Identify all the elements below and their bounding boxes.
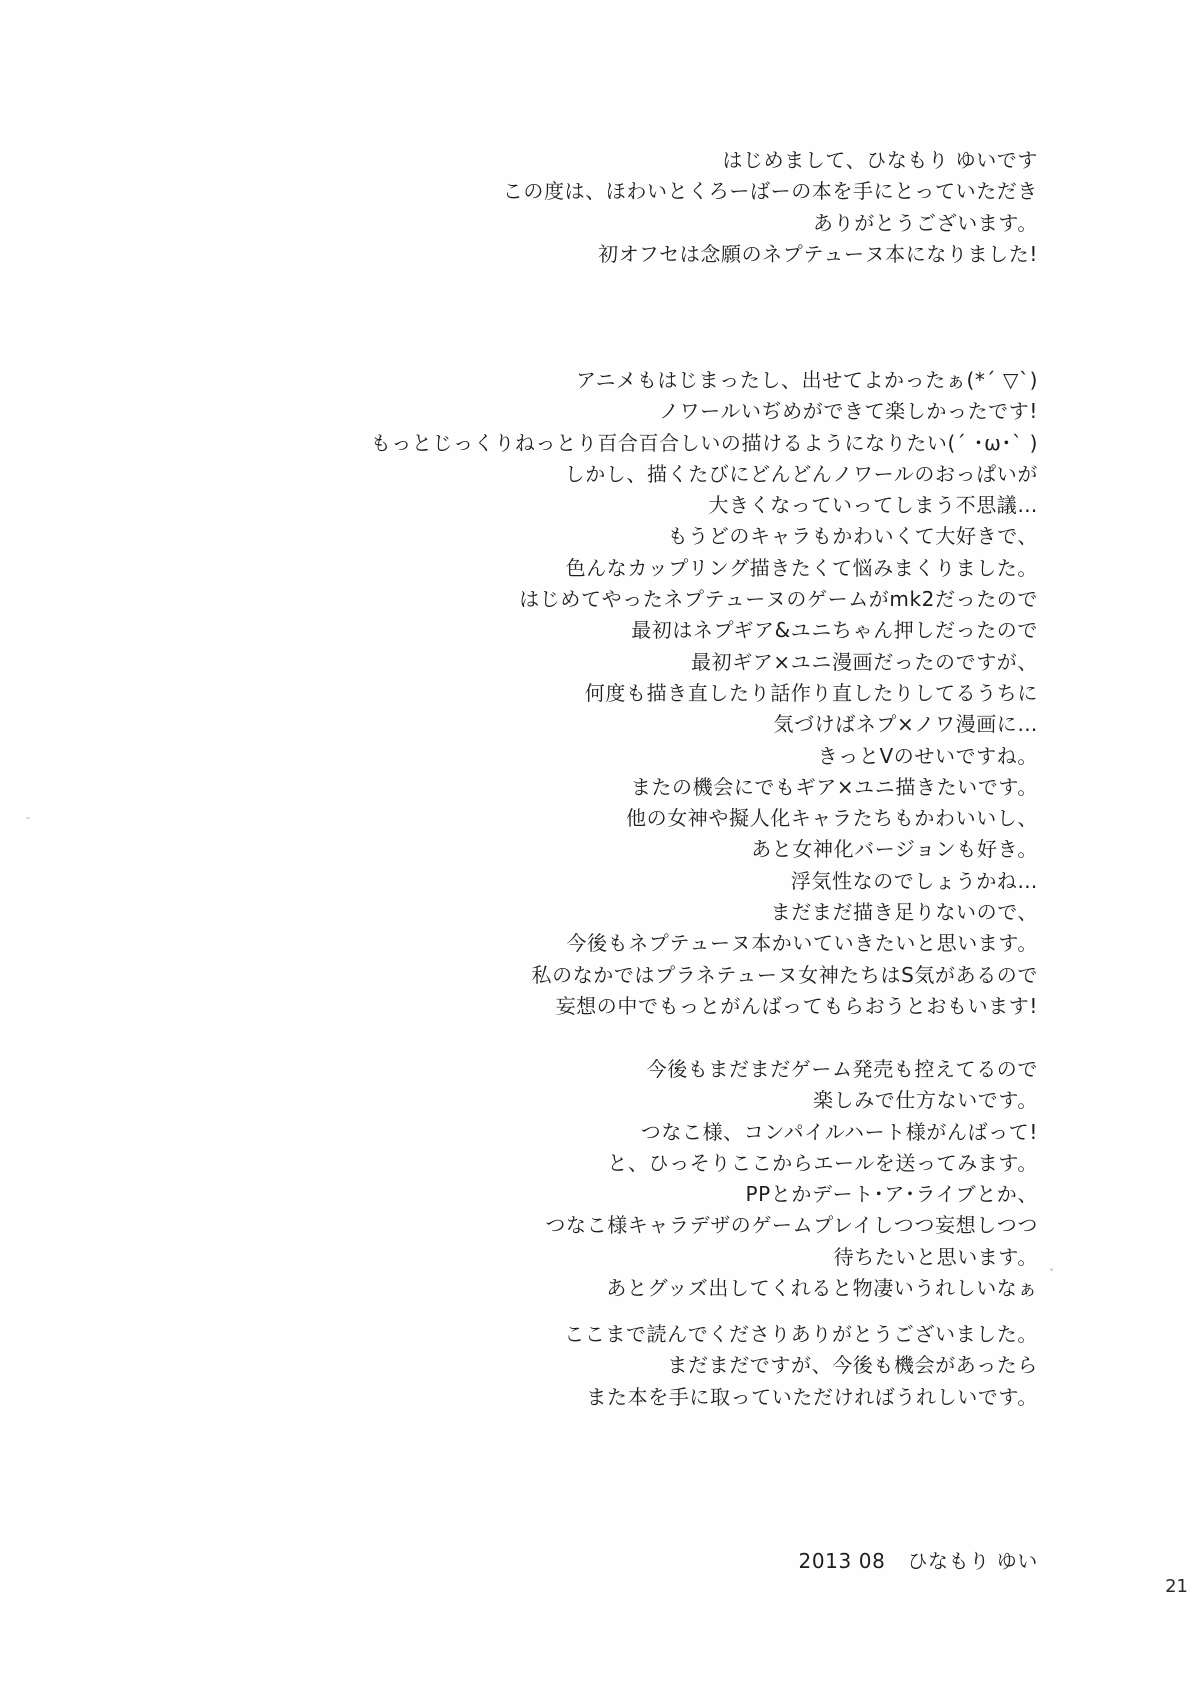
text-line: もうどのキャラもかわいくて大好きで、 [371, 521, 1038, 552]
text-line: まだまだですが、今後も機会があったら [564, 1350, 1038, 1381]
text-line: 今後もまだまだゲーム発売も控えてるので [545, 1054, 1038, 1085]
text-line: 色んなカップリング描きたくて悩みまくりました。 [371, 553, 1038, 584]
text-line: 私のなかではプラネテューヌ女神たちはS気があるので [371, 960, 1038, 991]
text-line: またの機会にでもギア×ユニ描きたいです。 [371, 772, 1038, 803]
text-line: この度は、ほわいとくろーばーの本を手にとっていただき [503, 176, 1038, 207]
text-line: あと女神化バージョンも好き。 [371, 834, 1038, 865]
text-line: ここまで読んでくださりありがとうございました。 [564, 1319, 1038, 1350]
text-line: 最初はネプギア&ユニちゃん押しだったので [371, 615, 1038, 646]
signature-author: ひなもり ゆい [907, 1549, 1038, 1573]
text-line: 何度も描き直したり話作り直したりしてるうちに [371, 678, 1038, 709]
page-number: 21 [1165, 1576, 1188, 1597]
text-line: PPとかデート･ア･ライブとか、 [545, 1179, 1038, 1210]
signature: 2013 08ひなもり ゆい [799, 1545, 1038, 1574]
text-line: ノワールいぢめができて楽しかったです! [371, 396, 1038, 427]
text-line: 初オフセは念願のネプテューヌ本になりました! [503, 239, 1038, 270]
scan-speck [1050, 1268, 1053, 1271]
text-line: 大きくなっていってしまう不思議… [371, 490, 1038, 521]
text-line: 気づけばネプ×ノワ漫画に… [371, 709, 1038, 740]
paragraph-future: 今後もまだまだゲーム発売も控えてるので 楽しみで仕方ないです。 つなこ様、コンパ… [545, 1054, 1038, 1304]
text-line: しかし、描くたびにどんどんノワールのおっぱいが [371, 459, 1038, 490]
text-line: はじめてやったネプテューヌのゲームがmk2だったので [371, 584, 1038, 615]
text-line: はじめまして、ひなもり ゆいです [503, 145, 1038, 176]
text-line: 浮気性なのでしょうかね… [371, 866, 1038, 897]
signature-date: 2013 08 [799, 1549, 886, 1573]
text-line: 楽しみで仕方ないです。 [545, 1085, 1038, 1116]
text-line: つなこ様、コンパイルハート様がんばって! [545, 1117, 1038, 1148]
text-line: まだまだ描き足りないので、 [371, 897, 1038, 928]
text-line: 待ちたいと思います。 [545, 1242, 1038, 1273]
text-line: 妄想の中でもっとがんばってもらおうとおもいます! [371, 991, 1038, 1022]
paragraph-greeting: はじめまして、ひなもり ゆいです この度は、ほわいとくろーばーの本を手にとってい… [503, 145, 1038, 270]
paragraph-thanks: ここまで読んでくださりありがとうございました。 まだまだですが、今後も機会があっ… [564, 1319, 1038, 1413]
scan-speck [26, 817, 30, 819]
text-line: アニメもはじまったし、出せてよかったぁ(*´ ▽`) [371, 365, 1038, 396]
paragraph-body: アニメもはじまったし、出せてよかったぁ(*´ ▽`) ノワールいぢめができて楽し… [371, 365, 1038, 1022]
text-line: 今後もネプテューヌ本かいていきたいと思います。 [371, 928, 1038, 959]
document-page: はじめまして、ひなもり ゆいです この度は、ほわいとくろーばーの本を手にとってい… [0, 0, 1200, 1689]
text-line: と、ひっそりここからエールを送ってみます。 [545, 1148, 1038, 1179]
text-line: ありがとうございます。 [503, 208, 1038, 239]
text-line: あとグッズ出してくれると物凄いうれしいなぁ [545, 1273, 1038, 1304]
text-line: 最初ギア×ユニ漫画だったのですが、 [371, 647, 1038, 678]
text-line: また本を手に取っていただければうれしいです。 [564, 1382, 1038, 1413]
text-line: きっとVのせいですね。 [371, 741, 1038, 772]
text-line: もっとじっくりねっとり百合百合しいの描けるようになりたい(´ ･ω･` ) [371, 428, 1038, 459]
text-line: つなこ様キャラデザのゲームプレイしつつ妄想しつつ [545, 1210, 1038, 1241]
text-line: 他の女神や擬人化キャラたちもかわいいし、 [371, 803, 1038, 834]
